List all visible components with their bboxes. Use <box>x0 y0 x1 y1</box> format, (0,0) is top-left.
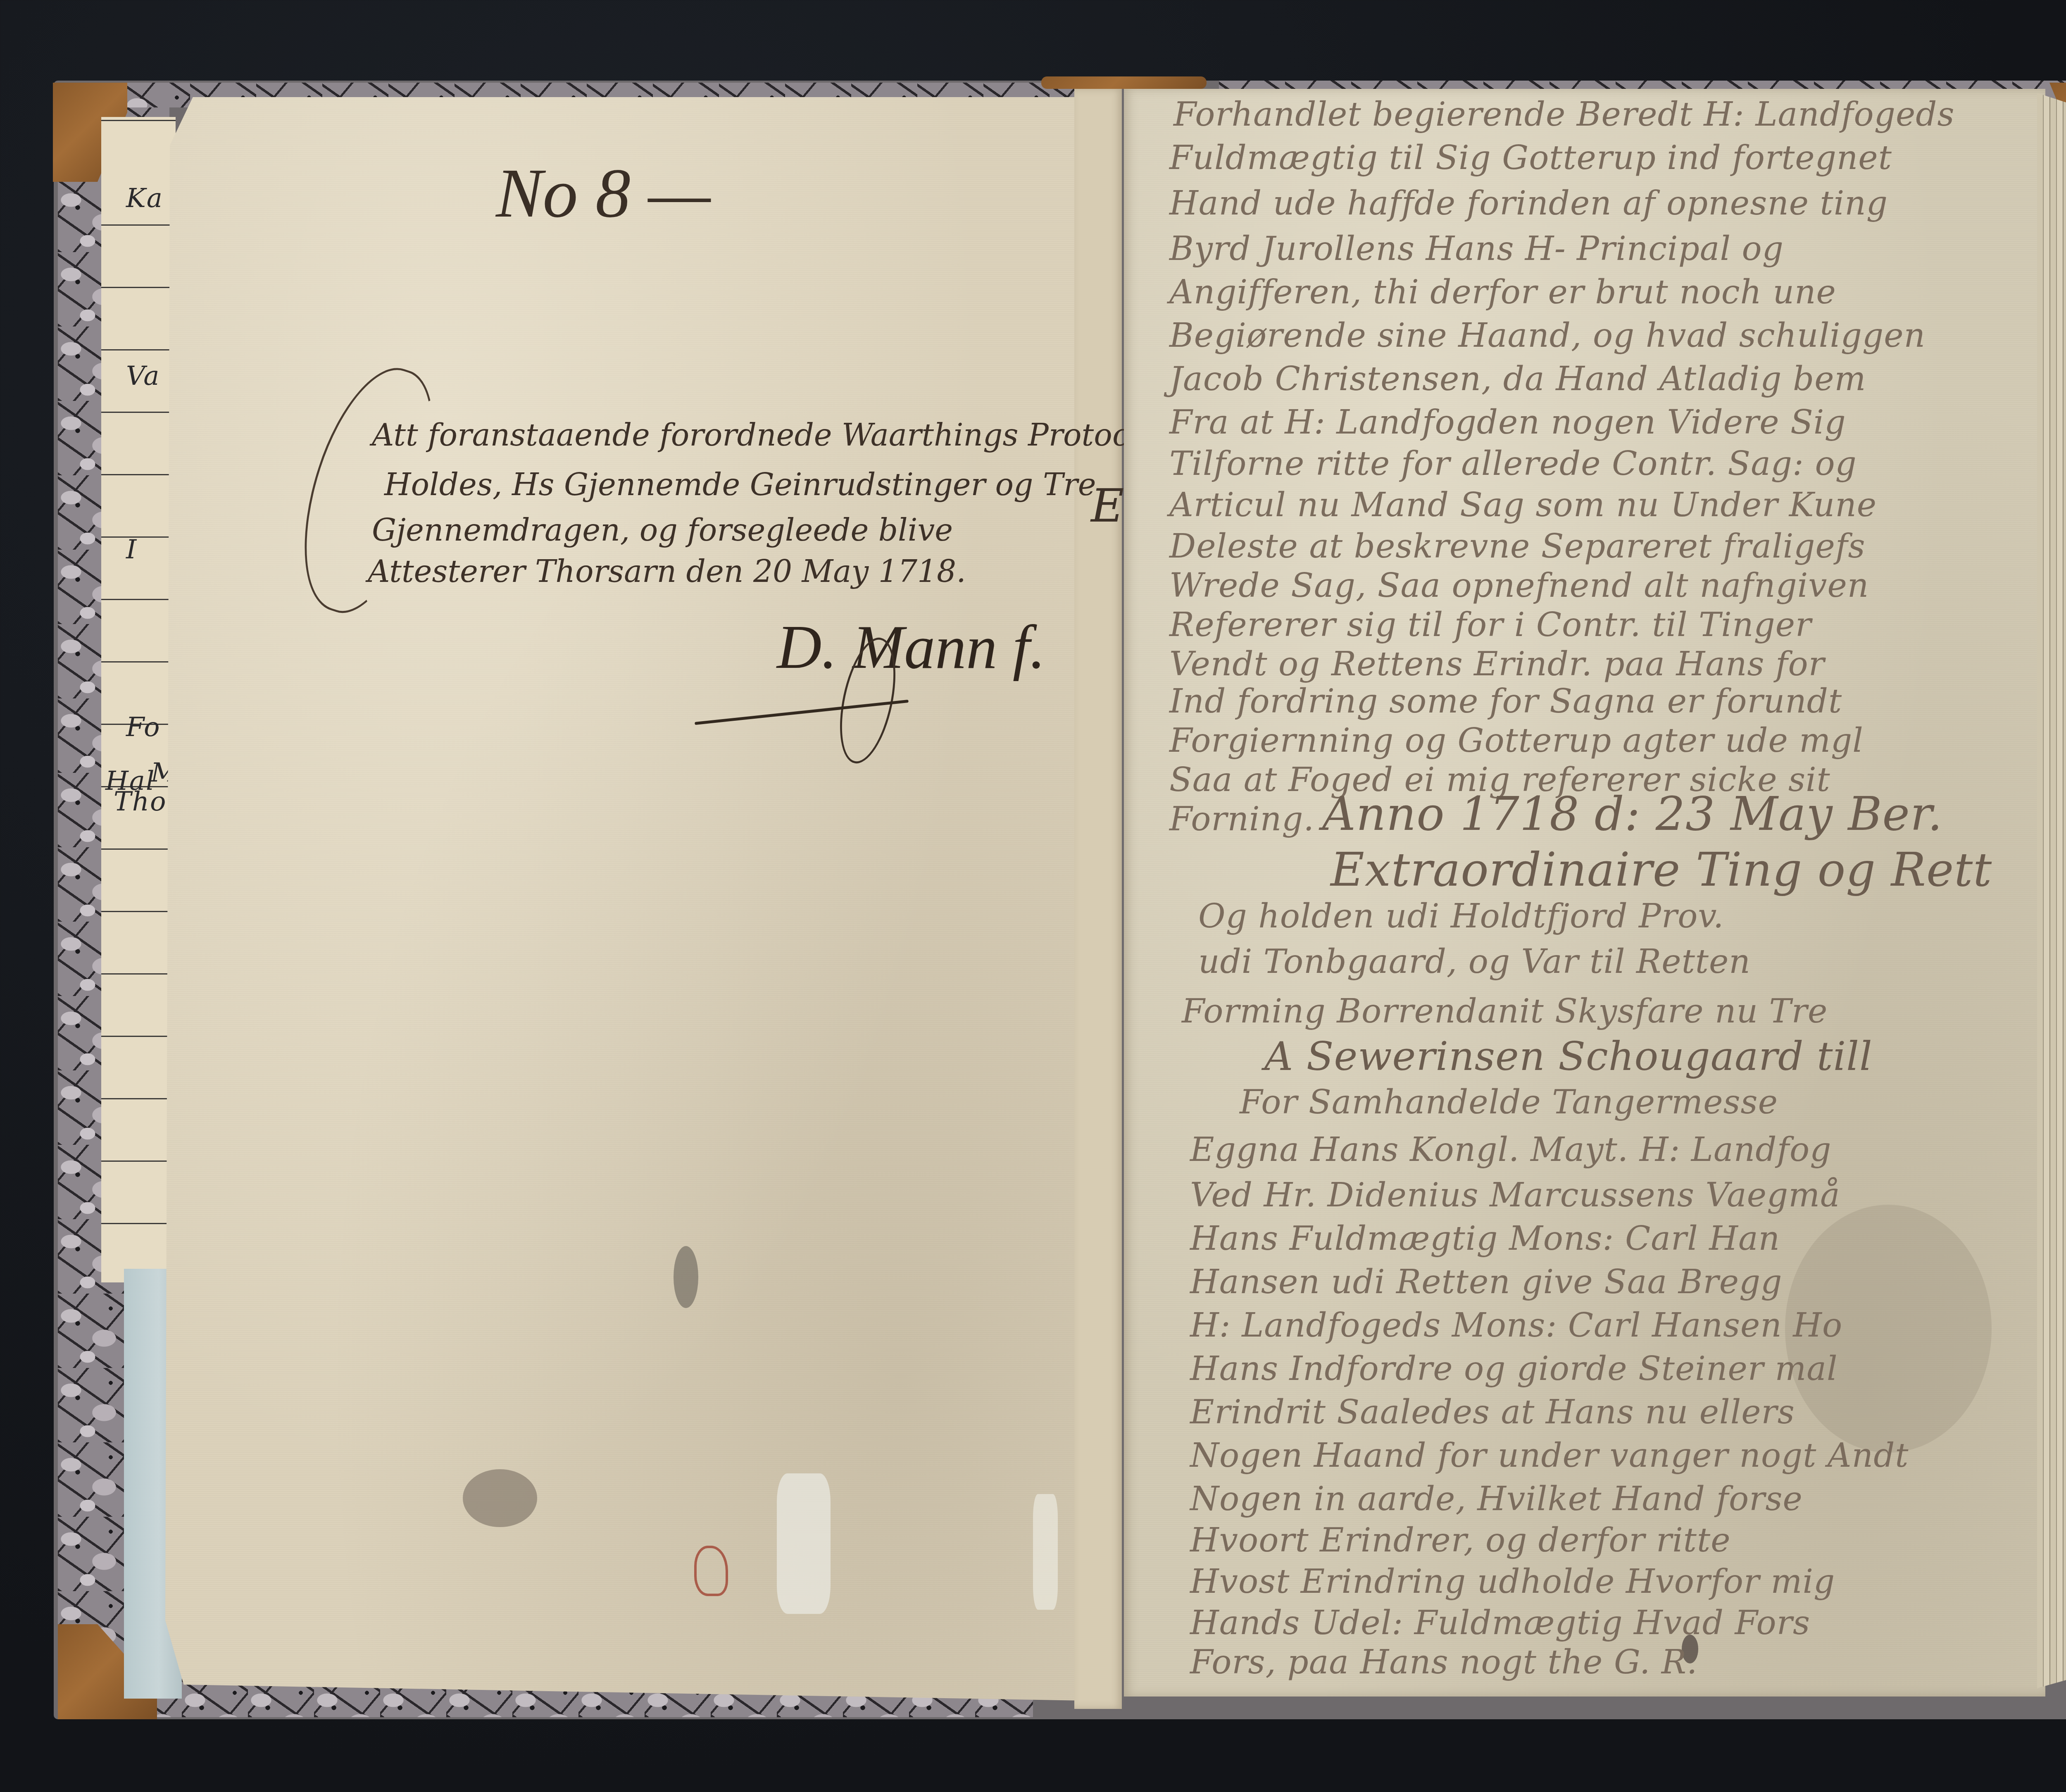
gutter-fold <box>1074 89 1122 1709</box>
left-page <box>165 97 1085 1701</box>
text-line: udi Tonbgaard, og Var til Retten <box>1198 942 1751 981</box>
red-wax-stain <box>694 1546 728 1596</box>
slip-word: Tho <box>114 786 167 817</box>
spine-headcap <box>1041 76 1207 89</box>
certification-line: Att foranstaaende forordnede Waarthings … <box>372 417 1158 453</box>
text-line: Hands Udel: Fuldmægtig Hvad Fors <box>1190 1604 1810 1642</box>
ink-stain <box>463 1469 537 1527</box>
text-line: Erindrit Saaledes at Hans nu ellers <box>1190 1393 1795 1431</box>
page-stack-edge <box>2037 93 2066 1688</box>
slip-word: Va <box>126 361 160 391</box>
text-line: Ind fordring some for Sagna er forundt <box>1169 682 1842 720</box>
slip-word: Ka <box>126 183 163 214</box>
paper-tear <box>1033 1494 1058 1610</box>
text-line: Forming Borrendanit Skysfare nu Tre <box>1182 992 1828 1030</box>
text-line: H: Landfogeds Mons: Carl Hansen Ho <box>1190 1306 1842 1344</box>
text-line: A Sewerinsen Schougaard till <box>1264 1033 1873 1079</box>
text-line: Wrede Sag, Saa opnefnend alt nafngiven <box>1169 566 1869 605</box>
paper-tear <box>777 1473 831 1614</box>
text-line: Fuldmægtig til Sig Gotterup ind fortegne… <box>1169 138 1892 177</box>
text-line: Fors, paa Hans nogt the G. R. <box>1190 1643 1697 1681</box>
text-line: Hans Fuldmægtig Mons: Carl Han <box>1190 1219 1780 1258</box>
text-line: Forhandlet begierende Beredt H: Landfoge… <box>1173 95 1955 133</box>
text-line: Hand ude haffde forinden af opnesne ting <box>1169 184 1888 222</box>
text-line: Fra at H: Landfogden nogen Videre Sig <box>1169 403 1846 441</box>
text-line: Angifferen, thi derfor er brut noch une <box>1169 273 1836 311</box>
text-line: Hvost Erindring udholde Hvorfor mig <box>1190 1562 1835 1601</box>
text-line: Ved Hr. Didenius Marcussens Vaegmå <box>1190 1176 1840 1214</box>
entry-date-heading: Anno 1718 d: 23 May Ber. <box>1322 787 1943 841</box>
text-line: Hansen udi Retten give Saa Bregg <box>1190 1263 1782 1301</box>
slip-word: I <box>126 534 137 565</box>
text-line: Og holden udi Holdtfjord Prov. <box>1198 897 1724 935</box>
ruled-index-slip: Ka Va I Fo M Hal Tho <box>101 117 176 1282</box>
text-line: Begiørende sine Haand, og hvad schuligge… <box>1169 316 1926 355</box>
entry-title: Extraordinaire Ting og Rett <box>1331 843 1992 897</box>
text-line: Refererer sig til for i Contr. til Tinge… <box>1169 605 1811 644</box>
ink-stain <box>674 1246 698 1308</box>
text-line: Nogen in aarde, Hvilket Hand forse <box>1190 1480 1803 1518</box>
text-line: Tilforne ritte for allerede Contr. Sag: … <box>1169 444 1857 483</box>
text-line: Eggna Hans Kongl. Mayt. H: Landfog <box>1190 1130 1831 1169</box>
text-line: Forgiernning og Gotterup agter ude mgl <box>1169 721 1864 760</box>
text-line: Jacob Christensen, da Hand Atladig bem <box>1169 360 1866 398</box>
certification-line: Gjennemdragen, og forsegleede blive <box>372 512 953 548</box>
page-number-label: No 8 — <box>496 153 711 234</box>
margin-mark: E <box>1091 479 1124 532</box>
text-line: Vendt og Rettens Erindr. paa Hans for <box>1169 645 1825 683</box>
text-line: Hans Indfordre og giorde Steiner mal <box>1190 1349 1838 1388</box>
text-line: Articul nu Mand Sag som nu Under Kune <box>1169 486 1877 524</box>
text-line: Byrd Jurollens Hans H- Principal og <box>1169 229 1784 268</box>
text-line: Nogen Haand for under vanger nogt Andt <box>1190 1436 1909 1475</box>
certification-line: Attesterer Thorsarn den 20 May 1718. <box>368 554 966 589</box>
text-line: Forning. <box>1169 800 1314 838</box>
certification-line: Holdes, Hs Gjennemde Geinrudstinger og T… <box>384 467 1096 503</box>
signature: D. Mann f. <box>777 612 1045 683</box>
text-line: Hvoort Erindrer, og derfor ritte <box>1190 1521 1730 1559</box>
slip-word: Fo <box>126 712 160 743</box>
text-line: For Samhandelde Tangermesse <box>1240 1083 1778 1121</box>
text-line: Deleste at beskrevne Separeret fraligefs <box>1169 527 1866 565</box>
